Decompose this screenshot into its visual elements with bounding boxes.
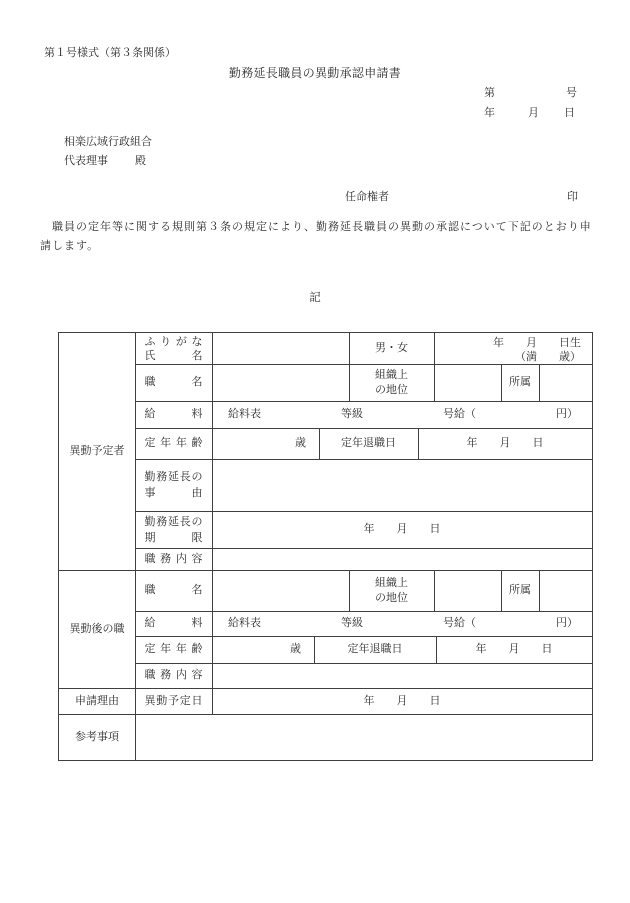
age-input-field-2[interactable]: 歳 <box>212 636 314 663</box>
label-retire-date-2: 定年退職日 <box>314 636 436 663</box>
birth-date-field[interactable]: 年 月 日生 （満 歳） <box>434 333 592 364</box>
addressee-org: 相楽広域行政組合 <box>64 136 152 148</box>
date-month-label: 月 <box>528 107 539 119</box>
label-furigana: ふりがな <box>145 335 203 349</box>
label-transfer-date: 異動予定日 <box>135 688 212 714</box>
grade-label: 等級 <box>341 407 363 422</box>
label-extension: 勤務延長の <box>145 469 203 485</box>
label-notes: 参考事項 <box>59 714 135 761</box>
org-position-input[interactable] <box>434 364 501 401</box>
transfer-date-input[interactable]: 年 月 日 <box>212 688 592 714</box>
org-position-line2: の地位 <box>375 591 408 606</box>
label-duties-2: 職務内容 <box>135 663 212 688</box>
affiliation-input[interactable] <box>539 364 592 401</box>
section-label-transferee: 異動予定者 <box>59 333 135 570</box>
salary-detail-row[interactable]: 給料表 等級 号給（ 円） <box>212 401 592 428</box>
yen-label: 円） <box>556 407 578 422</box>
retire-date-input-2[interactable]: 年 月 日 <box>436 636 592 663</box>
addressee-honorific: 殿 <box>135 155 146 167</box>
label-retire-age: 定年年齢 <box>135 428 212 459</box>
doc-number-prefix: 第 <box>484 87 495 99</box>
appointer-label: 任命権者 <box>345 191 389 203</box>
org-position-line1: 組織上 <box>375 576 408 591</box>
org-position-line1: 組織上 <box>375 368 408 383</box>
label-retire-age-text: 定年年齢 <box>145 436 203 451</box>
step-label: 号給（ <box>443 616 476 631</box>
yen-label: 円） <box>556 616 578 631</box>
seal-mark: 印 <box>567 191 578 203</box>
label-org-position-2: 組織上 の地位 <box>349 570 434 611</box>
org-position-input-2[interactable] <box>434 570 501 611</box>
body-paragraph-line2: 請します。 <box>40 240 99 252</box>
label-apply-reason: 申請理由 <box>59 688 135 714</box>
label-retire-age-text: 定年年齢 <box>145 642 203 657</box>
notes-input[interactable] <box>135 714 592 761</box>
label-salary-text: 給料 <box>145 616 203 631</box>
label-retire-date: 定年退職日 <box>319 428 418 459</box>
extension-reason-input[interactable] <box>212 459 592 511</box>
label-post-name-2: 職名 <box>135 570 212 611</box>
date-year-label: 年 <box>484 107 495 119</box>
salary-table-label: 給料表 <box>228 407 261 422</box>
label-salary-2: 給料 <box>135 611 212 636</box>
label-post-name-text: 職名 <box>145 375 203 390</box>
salary-table-label: 給料表 <box>228 616 261 631</box>
record-heading: 記 <box>0 292 630 304</box>
label-transfer-date-text: 異動予定日 <box>145 694 203 709</box>
form-number: 第１号様式（第３条関係） <box>44 47 176 59</box>
date-day-label: 日 <box>564 107 575 119</box>
label-duties-text: 職務内容 <box>145 552 203 567</box>
grade-label: 等級 <box>341 616 363 631</box>
addressee-title: 代表理事 <box>64 155 108 167</box>
label-duties-text: 職務内容 <box>145 668 203 683</box>
label-name: 氏名 <box>145 349 203 363</box>
label-reason: 事由 <box>145 485 203 501</box>
application-table: 異動予定者 異動後の職 申請理由 参考事項 ふりがな 氏名 職名 給料 定年年齢… <box>58 332 593 761</box>
label-extension-reason: 勤務延長の 事由 <box>135 459 212 511</box>
label-salary-text: 給料 <box>145 407 203 422</box>
label-retire-age-2: 定年年齢 <box>135 636 212 663</box>
section-label-new-post: 異動後の職 <box>59 570 135 688</box>
age-input-field[interactable]: 歳 <box>212 428 319 459</box>
label-extension: 勤務延長の <box>145 514 203 530</box>
body-paragraph-line1: 職員の定年等に関する規則第３条の規定により、勤務延長職員の異動の承認について下記… <box>40 221 592 233</box>
label-duties-1: 職務内容 <box>135 548 212 570</box>
label-post-name: 職名 <box>135 364 212 401</box>
form-page: 第１号様式（第３条関係） 勤務延長職員の異動承認申請書 第 号 年 月 日 相楽… <box>0 0 630 903</box>
label-salary: 給料 <box>135 401 212 428</box>
post-input-field[interactable] <box>212 364 349 401</box>
page-title: 勤務延長職員の異動承認申請書 <box>0 67 630 79</box>
label-post-name-text: 職名 <box>145 583 203 598</box>
duties-input-1[interactable] <box>212 548 592 570</box>
sex-field[interactable]: 男・女 <box>349 333 434 364</box>
label-furigana-name: ふりがな 氏名 <box>135 333 212 364</box>
label-term: 期限 <box>145 530 203 546</box>
retire-date-input[interactable]: 年 月 日 <box>418 428 592 459</box>
doc-number-suffix: 号 <box>566 87 577 99</box>
label-org-position: 組織上 の地位 <box>349 364 434 401</box>
label-affiliation-2: 所属 <box>501 570 539 611</box>
post-input-field-2[interactable] <box>212 570 349 611</box>
step-label: 号給（ <box>443 407 476 422</box>
affiliation-input-2[interactable] <box>539 570 592 611</box>
extension-term-input[interactable]: 年 月 日 <box>212 511 592 548</box>
org-position-line2: の地位 <box>375 383 408 398</box>
label-extension-term: 勤務延長の 期限 <box>135 511 212 548</box>
birth-age-line2: （満 歳） <box>515 350 581 364</box>
salary-detail-row-2[interactable]: 給料表 等級 号給（ 円） <box>212 611 592 636</box>
name-input-field[interactable] <box>212 333 349 364</box>
label-affiliation: 所属 <box>501 364 539 401</box>
birth-date-line1: 年 月 日生 <box>493 336 581 350</box>
duties-input-2[interactable] <box>212 663 592 688</box>
